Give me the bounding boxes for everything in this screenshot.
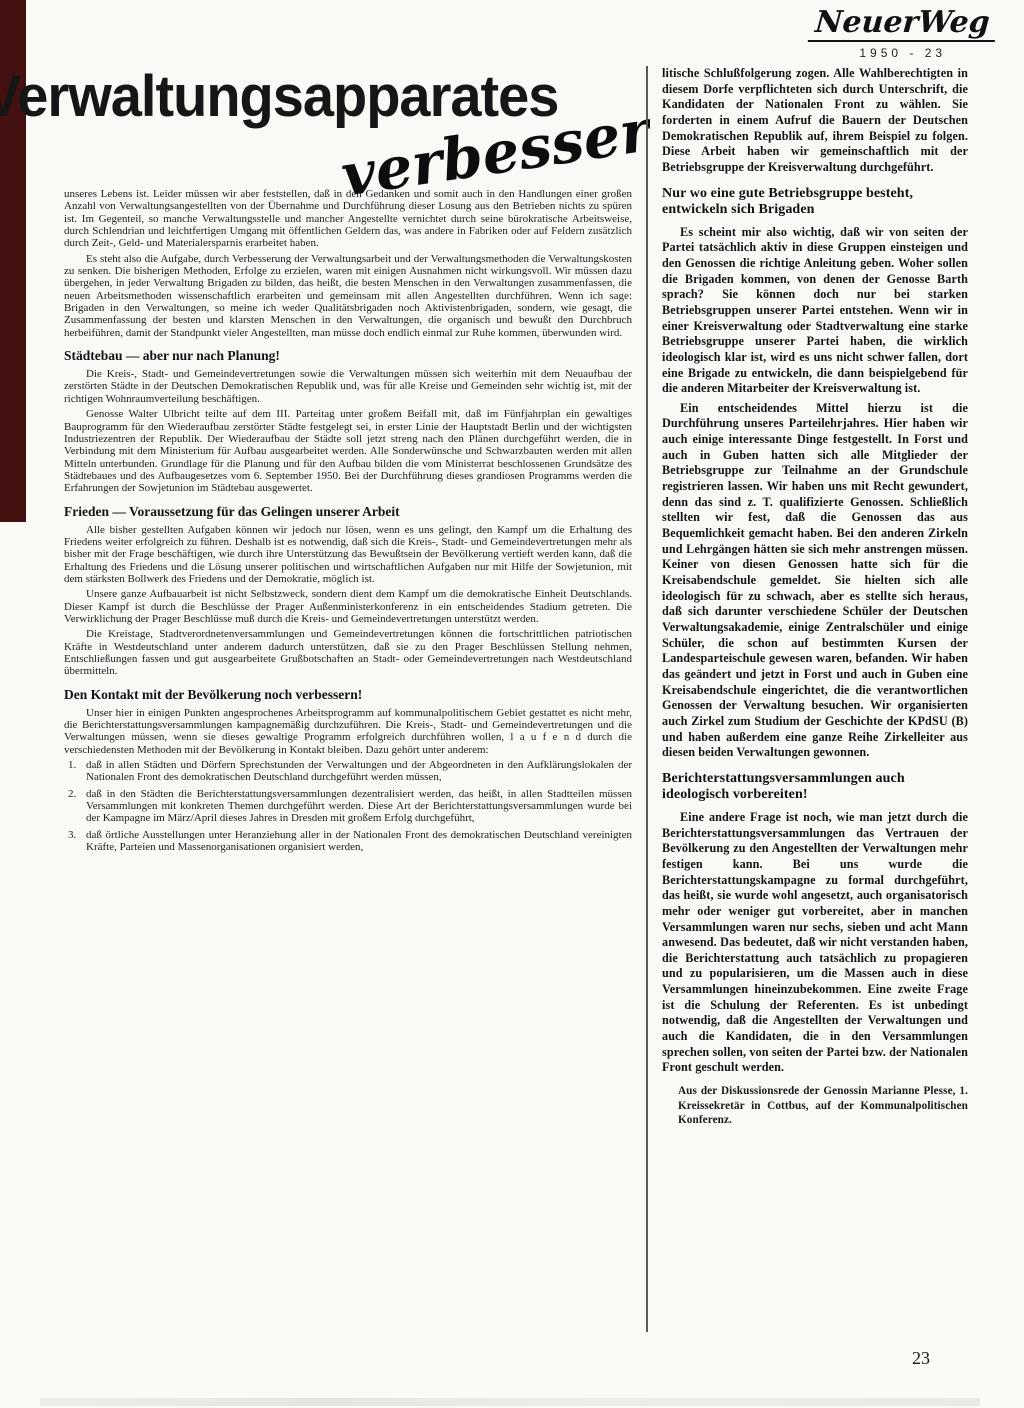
source-credit: Aus der Diskussionsrede der Genossin Mar…	[662, 1084, 968, 1128]
paragraph-frieden-2: Unsere ganze Aufbauarbeit ist nicht Selb…	[64, 588, 632, 625]
paragraph-staedtebau-2: Genosse Walter Ulbricht teilte auf dem I…	[64, 408, 632, 494]
section-heading-betriebsgruppe: Nur wo eine gute Betriebsgruppe besteht,…	[662, 186, 968, 219]
right-column: litische Schlußfolgerung zogen. Alle Wah…	[662, 66, 968, 1128]
section-heading-frieden: Frieden — Voraussetzung für das Gelingen…	[64, 504, 632, 519]
section-heading-berichterstattung: Berichterstattungsversammlungen auch ide…	[662, 771, 968, 804]
list-item-text: daß in den Städten die Berichterstattung…	[86, 788, 632, 825]
paragraph-staedtebau-1: Die Kreis-, Stadt- und Gemeindevertretun…	[64, 368, 632, 405]
paragraph-frieden-1: Alle bisher gestellten Aufgaben können w…	[64, 524, 632, 586]
list-item-text: daß örtliche Ausstellungen unter Heranzi…	[86, 829, 632, 853]
paragraph-betriebsgruppe-1: Es scheint mir also wichtig, daß wir von…	[662, 225, 968, 397]
paragraph-berichterstattung: Eine andere Frage ist noch, wie man jetz…	[662, 810, 968, 1076]
list-item-2: daß in den Städten die Berichterstattung…	[64, 788, 632, 825]
issue-number: 1950 - 23	[809, 46, 996, 60]
kontakt-numbered-list: daß in allen Städten und Dörfern Sprechs…	[64, 759, 632, 853]
paragraph-frieden-3: Die Kreistage, Stadtverordnetenversammlu…	[64, 628, 632, 677]
list-item-1: daß in allen Städten und Dörfern Sprechs…	[64, 759, 632, 784]
left-column: unseres Lebens ist. Leider müssen wir ab…	[64, 188, 632, 857]
paragraph-betriebsgruppe-2: Ein entscheidendes Mittel hierzu ist die…	[662, 401, 968, 761]
paragraph-intro-2: Es steht also die Aufgabe, durch Verbess…	[64, 253, 632, 339]
list-item-text: daß in allen Städten und Dörfern Sprechs…	[86, 759, 632, 783]
column-divider	[646, 66, 648, 1332]
section-heading-staedtebau: Städtebau — aber nur nach Planung!	[64, 348, 632, 363]
paragraph-intro-1: unseres Lebens ist. Leider müssen wir ab…	[64, 188, 632, 250]
paragraph-kontakt-intro: Unser hier in einigen Punkten angesproch…	[64, 707, 632, 756]
page-number: 23	[912, 1348, 930, 1369]
section-heading-kontakt: Den Kontakt mit der Bevölkerung noch ver…	[64, 687, 632, 702]
list-item-3: daß örtliche Ausstellungen unter Heranzi…	[64, 829, 632, 854]
magazine-logo: NeuerWeg	[808, 8, 997, 42]
magazine-page: NeuerWeg 1950 - 23 Verwaltungsapparates …	[0, 0, 1024, 1408]
masthead: NeuerWeg 1950 - 23	[809, 8, 996, 60]
scan-artifact	[40, 1398, 980, 1406]
article-headline: Verwaltungsapparates verbessern!	[0, 66, 650, 196]
paragraph-continuation: litische Schlußfolgerung zogen. Alle Wah…	[662, 66, 968, 176]
